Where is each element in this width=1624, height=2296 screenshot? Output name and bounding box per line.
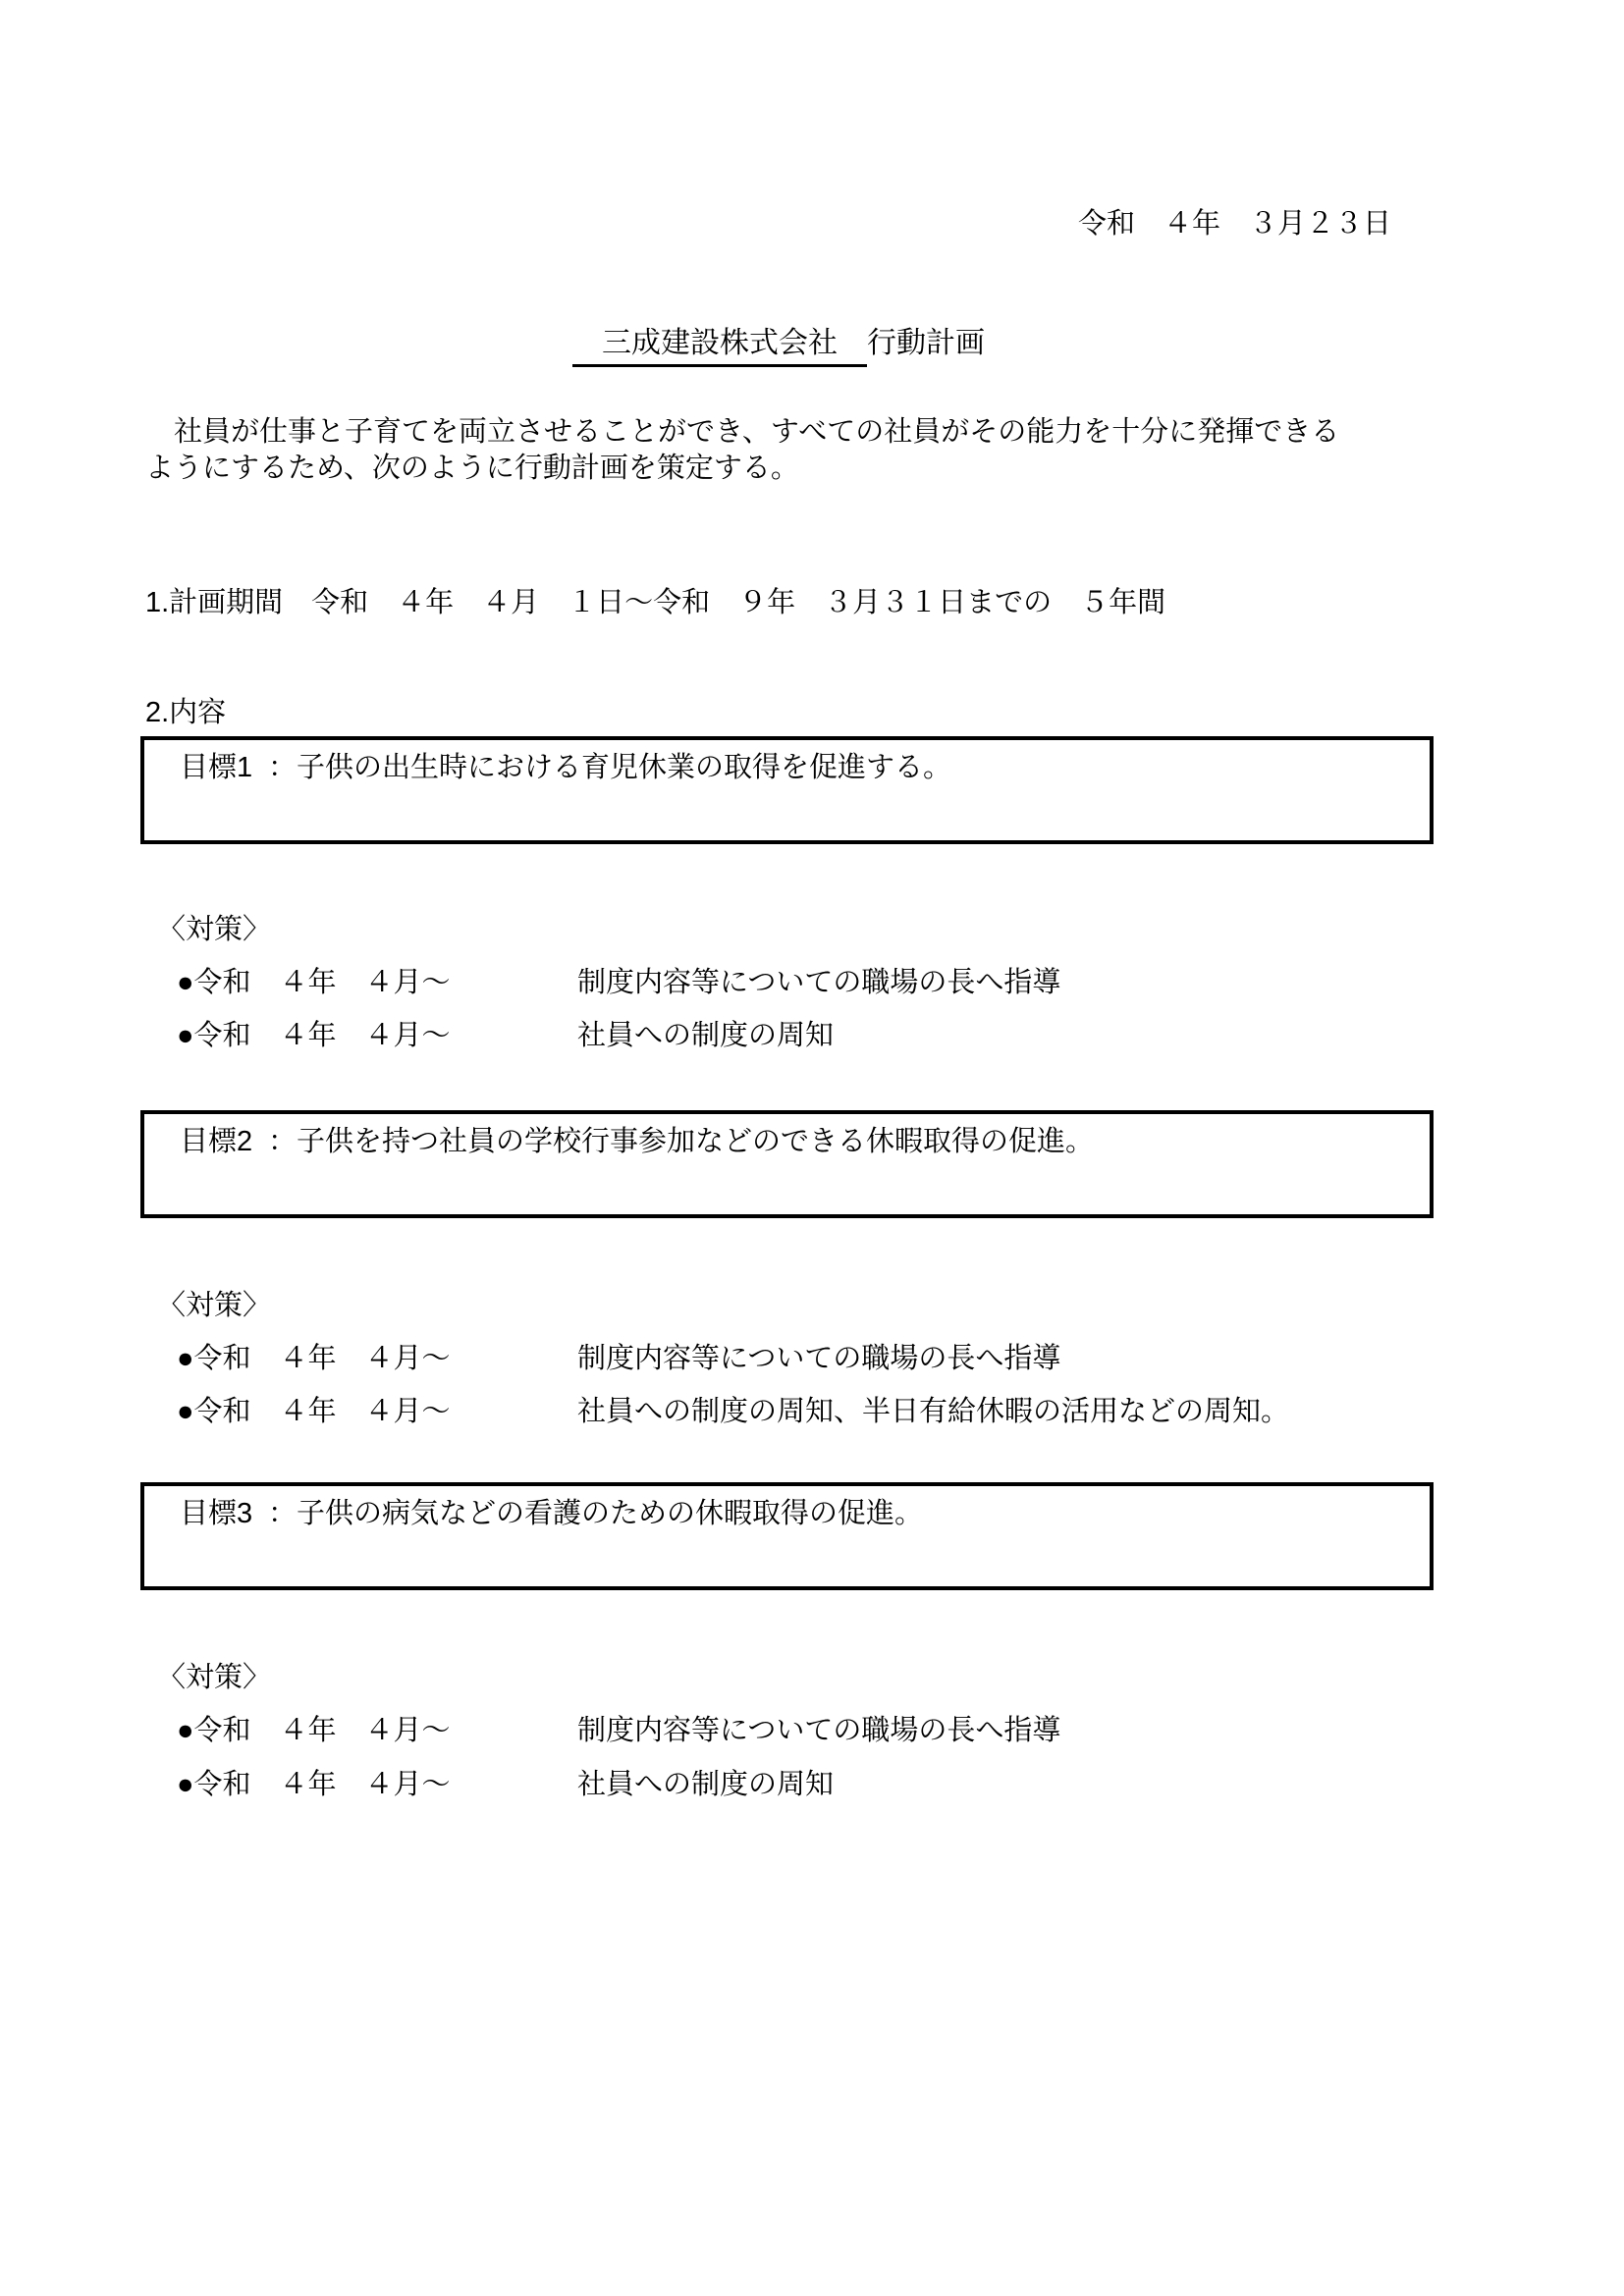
measure-action: 社員への制度の周知 xyxy=(577,1020,834,1051)
title-suffix: 行動計画 xyxy=(867,327,985,359)
section-contents-heading: 2.内容 xyxy=(145,697,226,729)
goal-2-text: ：子供を持つ社員の学校行事参加などのできる休暇取得の促進。 xyxy=(268,1126,1094,1157)
measure-date: ●令和 ４年 ４月～ xyxy=(177,1020,577,1052)
measure-date: ●令和 ４年 ４月～ xyxy=(177,967,577,999)
goal-2-box: 目標2：子供を持つ社員の学校行事参加などのできる休暇取得の促進。 xyxy=(140,1110,1434,1218)
goal-3-box: 目標3：子供の病気などの看護のための休暇取得の促進。 xyxy=(140,1482,1434,1590)
goal-1-label: 目標1 xyxy=(180,752,268,784)
goal-2-label: 目標2 xyxy=(180,1126,268,1158)
goal-1-box: 目標1：子供の出生時における育児休業の取得を促進する。 xyxy=(140,736,1434,844)
measure-row: ●令和 ４年 ４月～制度内容等についての職場の長へ指導 xyxy=(177,967,1060,999)
measure-action: 社員への制度の周知 xyxy=(577,1769,834,1800)
goal-3-label: 目標3 xyxy=(180,1498,268,1530)
document-title: 三成建設株式会社 行動計画 xyxy=(572,327,985,361)
measure-action: 社員への制度の周知、半日有給休暇の活用などの周知。 xyxy=(577,1396,1289,1427)
measures-heading-1: 〈対策〉 xyxy=(157,914,271,946)
goal-3-text: ：子供の病気などの看護のための休暇取得の促進。 xyxy=(268,1498,923,1529)
measure-date: ●令和 ４年 ４月～ xyxy=(177,1769,577,1801)
company-name-underlined: 三成建設株式会社 xyxy=(572,327,867,367)
document-date: 令和 ４年 ３月２３日 xyxy=(1078,208,1391,240)
measure-date: ●令和 ４年 ４月～ xyxy=(177,1343,577,1375)
measure-row: ●令和 ４年 ４月～社員への制度の周知 xyxy=(177,1020,834,1052)
measures-heading-2: 〈対策〉 xyxy=(157,1290,271,1322)
measure-action: 制度内容等についての職場の長へ指導 xyxy=(577,967,1060,998)
intro-paragraph-line2: ようにするため、次のように行動計画を策定する。 xyxy=(145,453,799,485)
measures-heading-3: 〈対策〉 xyxy=(157,1662,271,1694)
measure-date: ●令和 ４年 ４月～ xyxy=(177,1715,577,1747)
section-plan-period: 1.計画期間 令和 ４年 ４月 １日～令和 ９年 ３月３１日までの ５年間 xyxy=(145,587,1165,619)
goal-1-text: ：子供の出生時における育児休業の取得を促進する。 xyxy=(268,752,951,783)
measure-action: 制度内容等についての職場の長へ指導 xyxy=(577,1715,1060,1746)
measure-row: ●令和 ４年 ４月～制度内容等についての職場の長へ指導 xyxy=(177,1343,1060,1375)
measure-date: ●令和 ４年 ４月～ xyxy=(177,1396,577,1428)
document-page: 令和 ４年 ３月２３日 三成建設株式会社 行動計画 社員が仕事と子育てを両立させ… xyxy=(0,0,1624,2296)
measure-row: ●令和 ４年 ４月～社員への制度の周知 xyxy=(177,1769,834,1801)
measure-row: ●令和 ４年 ４月～社員への制度の周知、半日有給休暇の活用などの周知。 xyxy=(177,1396,1289,1428)
measure-action: 制度内容等についての職場の長へ指導 xyxy=(577,1343,1060,1374)
measure-row: ●令和 ４年 ４月～制度内容等についての職場の長へ指導 xyxy=(177,1715,1060,1747)
intro-paragraph-line1: 社員が仕事と子育てを両立させることができ、すべての社員がその能力を十分に発揮でき… xyxy=(145,416,1339,449)
